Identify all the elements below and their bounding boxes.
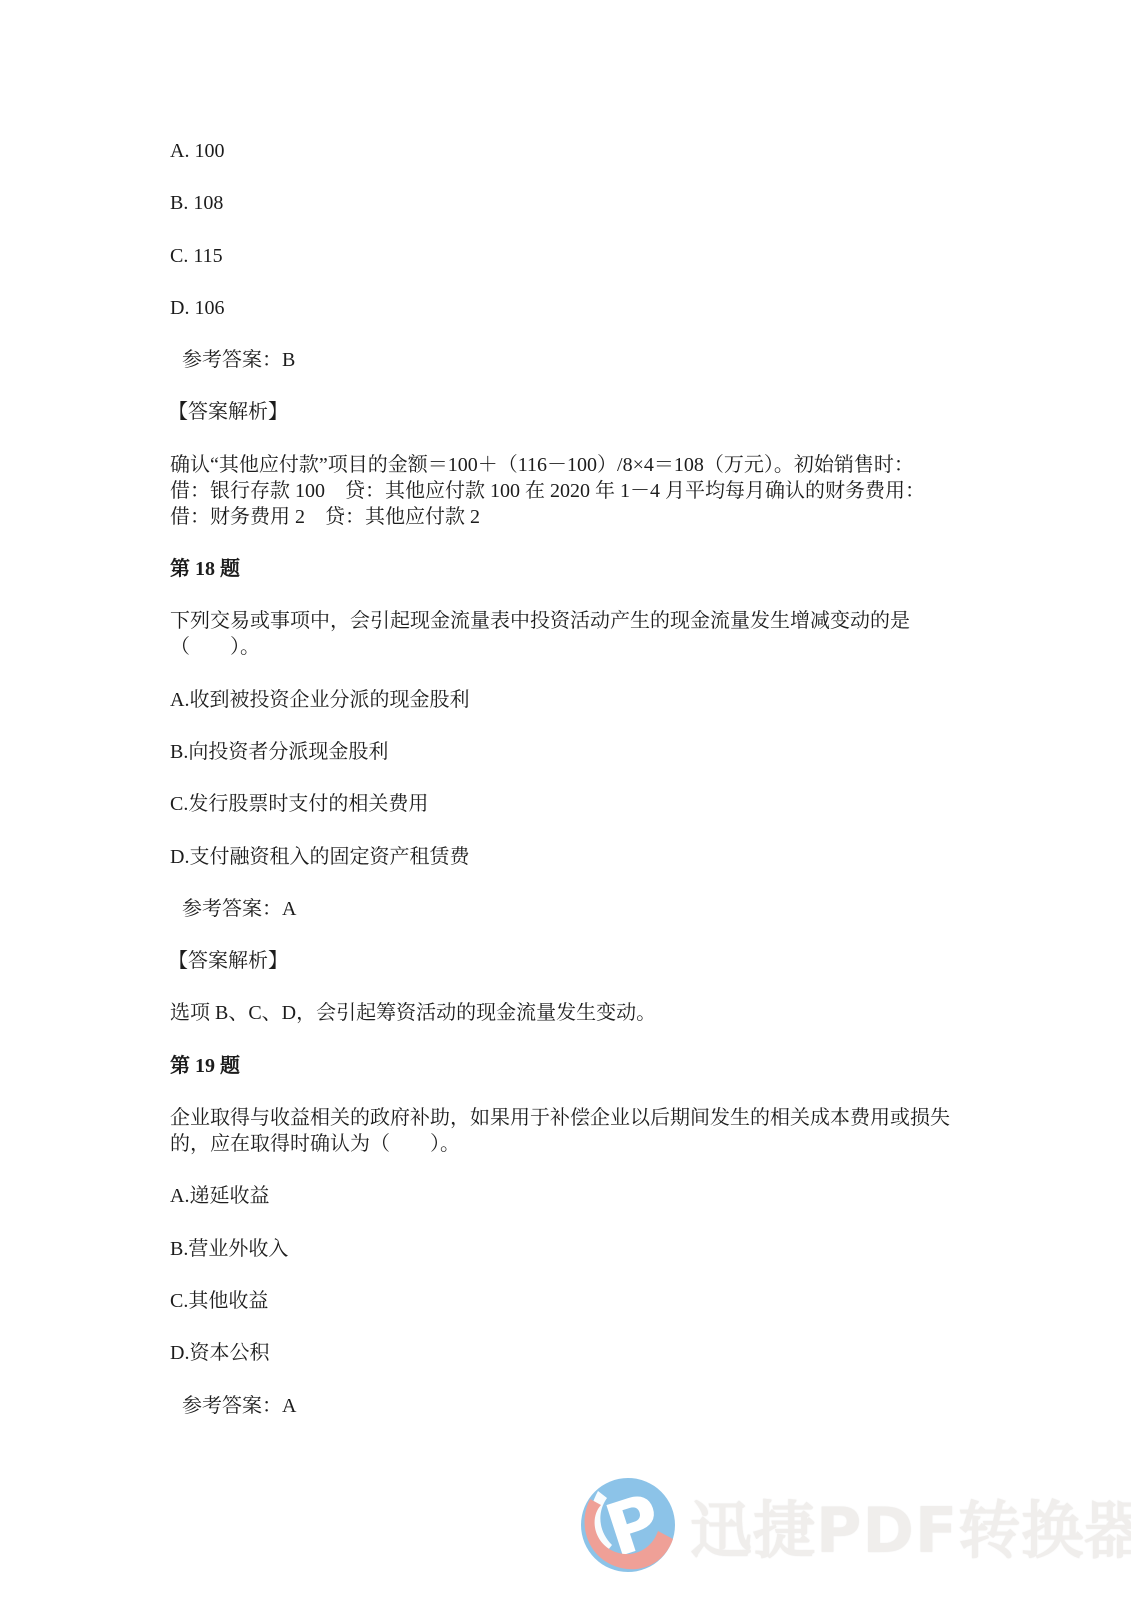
question-18-analysis-text: 选项 B、C、D，会引起筹资活动的现金流量发生变动。 [170, 1000, 1000, 1026]
analysis-line: 借：财务费用 2 贷：其他应付款 2 [170, 504, 1000, 530]
question-19-reference-answer: 参考答案：A [182, 1393, 1000, 1419]
prev-question-analysis-text: 确认“其他应付款”项目的金额＝100＋（116－100）/8×4＝108（万元）… [170, 452, 1000, 530]
analysis-line: 确认“其他应付款”项目的金额＝100＋（116－100）/8×4＝108（万元）… [170, 452, 1000, 478]
question-19-option-d: D.资本公积 [170, 1340, 1000, 1366]
question-text-line: 下列交易或事项中，会引起现金流量表中投资活动产生的现金流量发生增减变动的是 [170, 608, 1000, 634]
document-page: A. 100 B. 108 C. 115 D. 106 参考答案：B 【答案解析… [0, 0, 1131, 1600]
pdf-converter-logo-icon: P [578, 1475, 678, 1575]
prev-question-option-b: B. 108 [170, 190, 1000, 216]
question-19-option-a: A.递延收益 [170, 1183, 1000, 1209]
question-18-reference-answer: 参考答案：A [182, 896, 1000, 922]
question-18-text: 下列交易或事项中，会引起现金流量表中投资活动产生的现金流量发生增减变动的是 （ … [170, 608, 1000, 660]
analysis-line: 借：银行存款 100 贷：其他应付款 100 在 2020 年 1－4 月平均每… [170, 478, 1000, 504]
question-18-option-d: D.支付融资租入的固定资产租赁费 [170, 844, 1000, 870]
prev-question-option-a: A. 100 [170, 138, 1000, 164]
watermark-brand-text: 迅捷PDF转换器 [690, 1481, 1131, 1570]
question-text-line: （ ）。 [170, 634, 1000, 660]
question-19-text: 企业取得与收益相关的政府补助，如果用于补偿企业以后期间发生的相关成本费用或损失 … [170, 1105, 1000, 1157]
question-18-analysis-header: 【答案解析】 [168, 948, 1000, 974]
question-18-option-b: B.向投资者分派现金股利 [170, 739, 1000, 765]
prev-question-option-d: D. 106 [170, 295, 1000, 321]
question-19-title: 第 19 题 [170, 1053, 1000, 1079]
question-19-option-b: B.营业外收入 [170, 1236, 1000, 1262]
document-content: A. 100 B. 108 C. 115 D. 106 参考答案：B 【答案解析… [170, 138, 1000, 1445]
question-18-option-a: A.收到被投资企业分派的现金股利 [170, 687, 1000, 713]
watermark: P 迅捷PDF转换器 [578, 1475, 1131, 1575]
question-18-option-c: C.发行股票时支付的相关费用 [170, 791, 1000, 817]
question-text-line: 企业取得与收益相关的政府补助，如果用于补偿企业以后期间发生的相关成本费用或损失 [170, 1105, 1000, 1131]
prev-question-option-c: C. 115 [170, 243, 1000, 269]
prev-question-analysis-header: 【答案解析】 [168, 399, 1000, 425]
question-text-line: 的，应在取得时确认为（ ）。 [170, 1131, 1000, 1157]
question-18-title: 第 18 题 [170, 556, 1000, 582]
question-19-option-c: C.其他收益 [170, 1288, 1000, 1314]
prev-question-reference-answer: 参考答案：B [182, 347, 1000, 373]
analysis-line: 选项 B、C、D，会引起筹资活动的现金流量发生变动。 [170, 1000, 1000, 1026]
